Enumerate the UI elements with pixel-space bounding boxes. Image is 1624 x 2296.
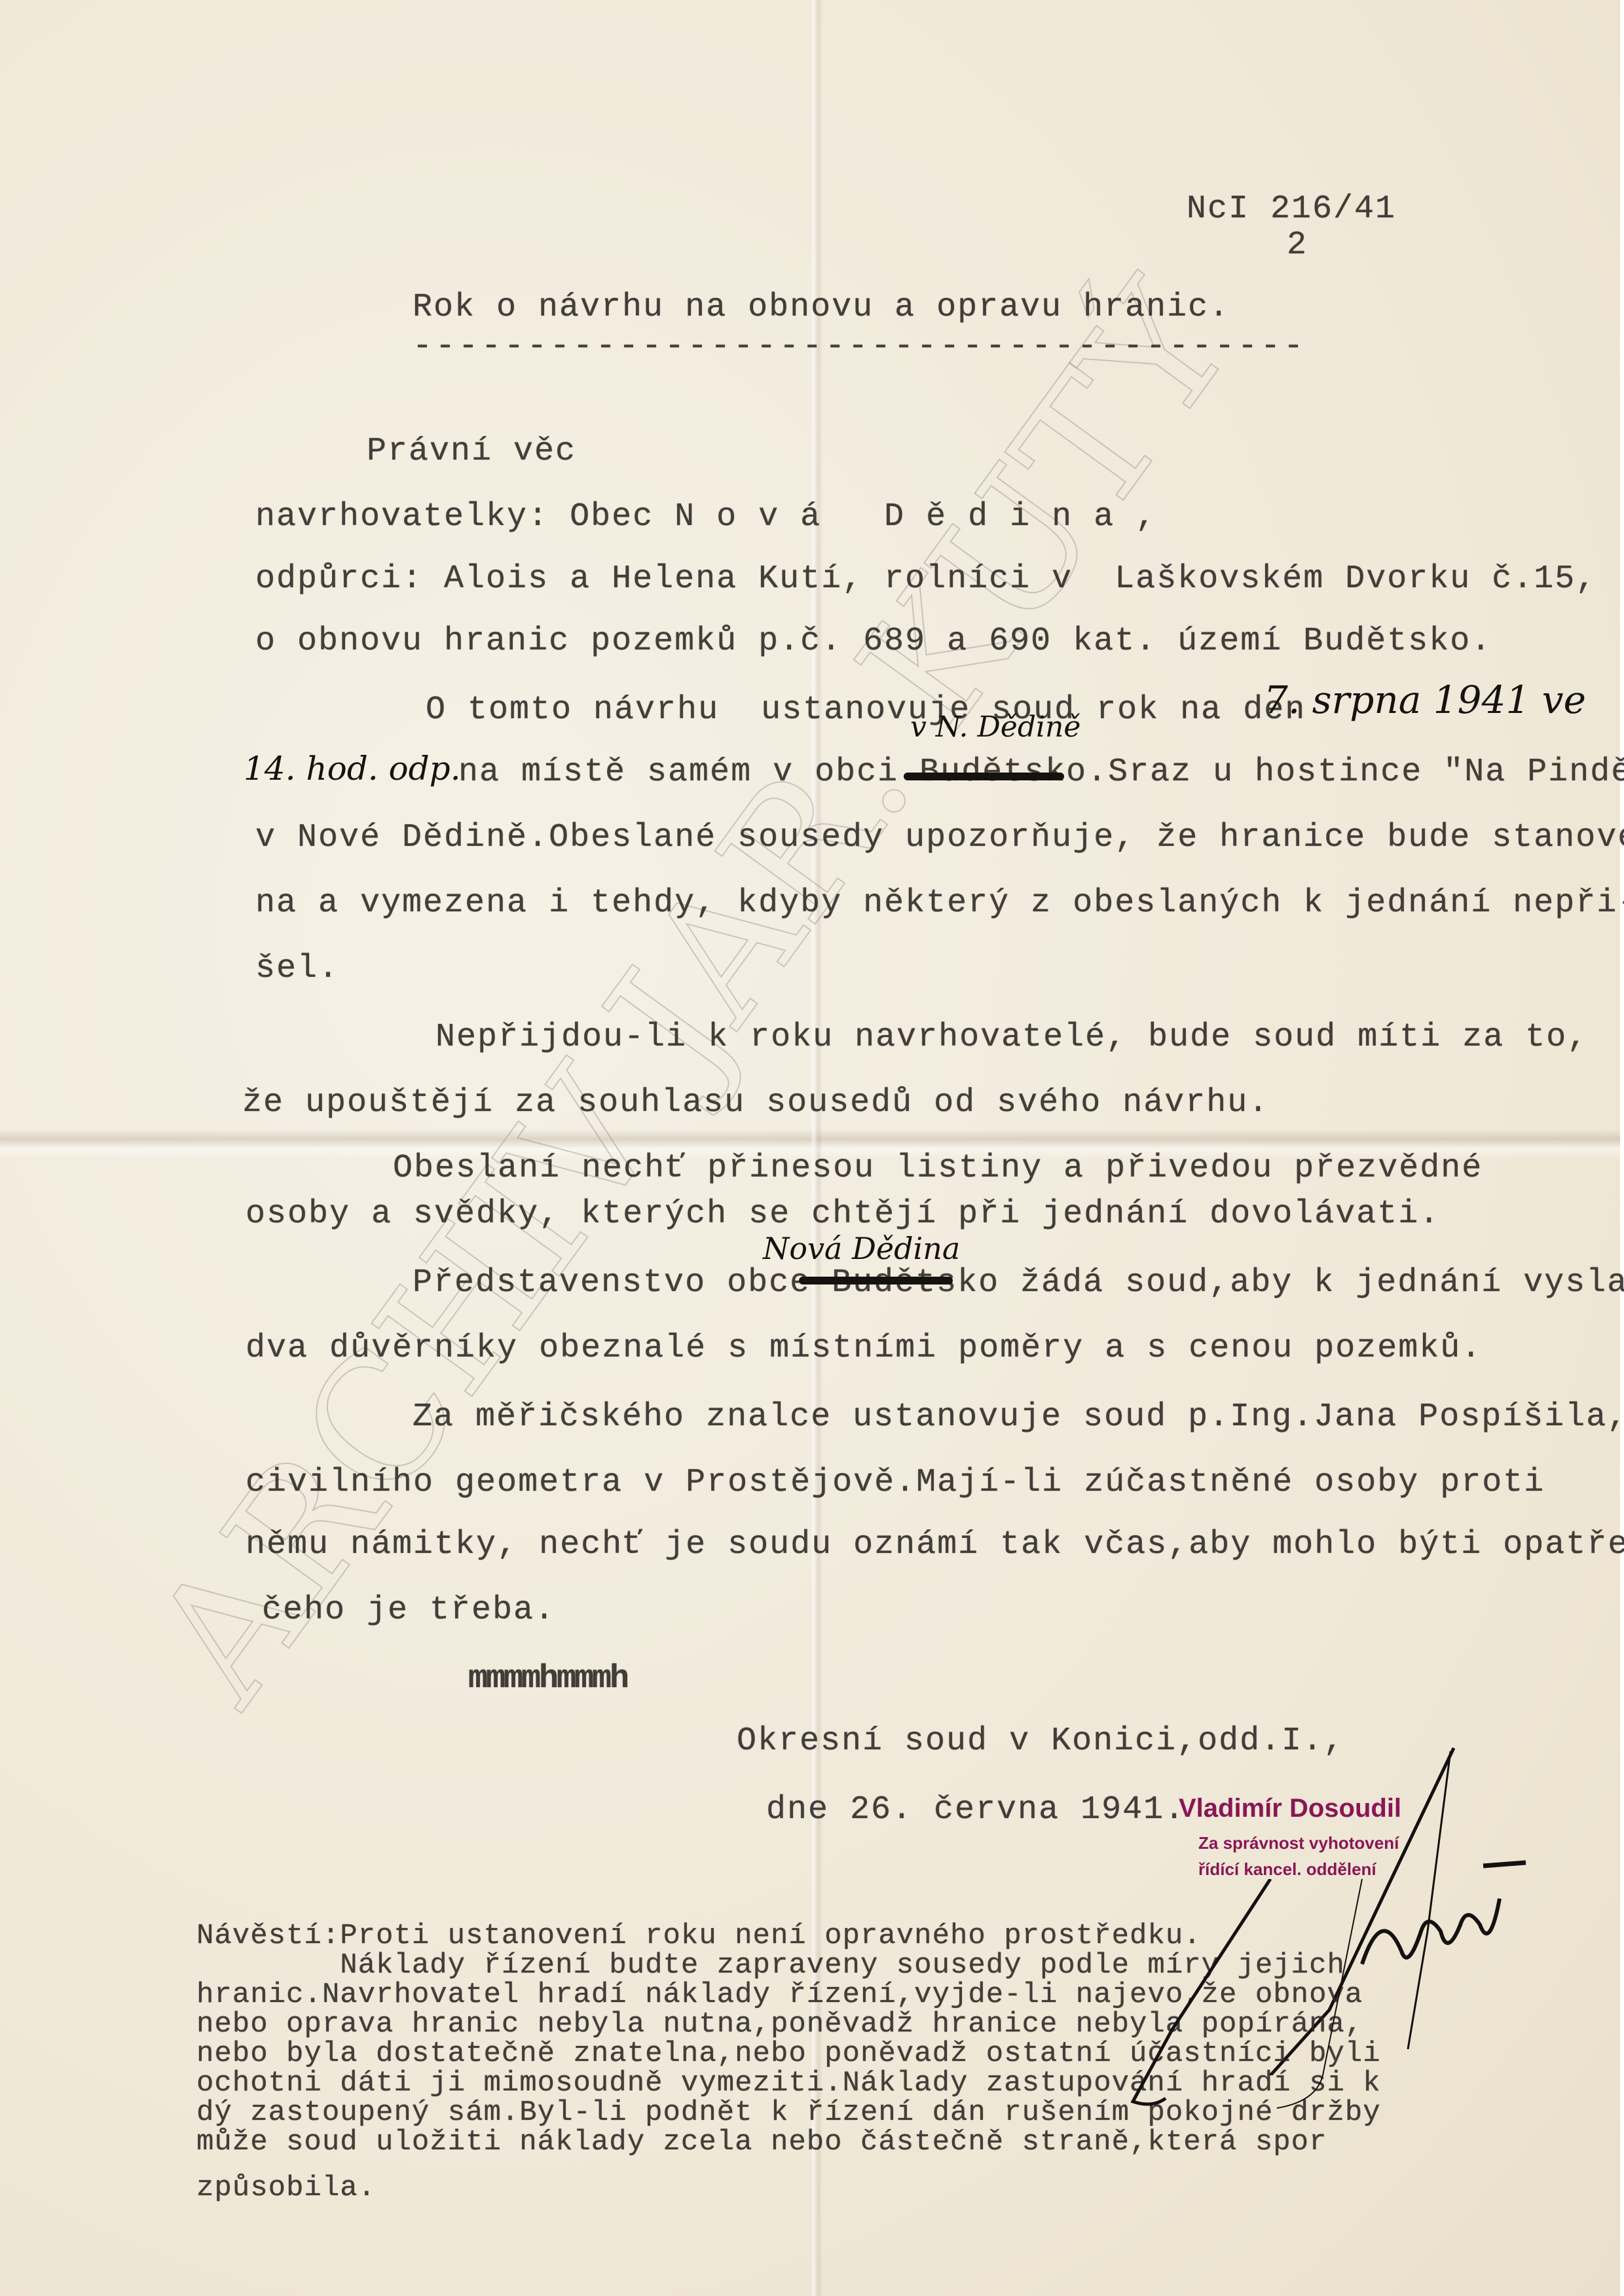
case-number: NcI 216/41 <box>1187 193 1396 226</box>
handwritten-village: Nová Dědina <box>763 1231 960 1266</box>
strikethrough-budetsko-2 <box>799 1277 953 1285</box>
page-number: 2 <box>1287 229 1308 262</box>
p3-line2: osoby a svědky, kterých se chtějí při je… <box>246 1198 1440 1231</box>
p4-line2: dva důvěrníky obeznalé s místními poměry… <box>246 1332 1482 1365</box>
p3-line1: Obeslaní nechť přinesou listiny a přived… <box>393 1152 1483 1185</box>
p4-line1: Představenstvo obce Budětsko žádá soud,a… <box>413 1267 1624 1300</box>
issue-date: dne 26. června 1941. <box>766 1794 1185 1827</box>
strikethrough-budetsko-1 <box>904 773 1064 780</box>
matter-line: o obnovu hranic pozemků p.č. 689 a 690 k… <box>255 625 1492 658</box>
handwritten-time: 14. hod. odp. <box>244 750 461 788</box>
notice-line9: způsobila. <box>196 2174 376 2202</box>
handwritten-date: 7. srpna 1941 ve <box>1264 678 1586 722</box>
struck-out-text: mmmmhmmmh <box>468 1663 627 1696</box>
p5-line1: Za měřičského znalce ustanovuje soud p.I… <box>413 1401 1624 1434</box>
title-underline: --------------------------------------- <box>413 331 1306 363</box>
respondents-line: odpůrci: Alois a Helena Kutí, rolníci v … <box>255 563 1596 596</box>
page-edge <box>1620 0 1624 2296</box>
p5-line2: civilního geometra v Prostějově.Mají-li … <box>246 1467 1545 1499</box>
p1-line3: v Nové Dědině.Obeslané sousedy upozorňuj… <box>255 822 1624 854</box>
p1-line5: šel. <box>255 953 339 985</box>
handwritten-place: v N. Dědině <box>910 710 1080 744</box>
p1-line4: na a vymezena i tehdy, kdyby některý z o… <box>255 887 1624 920</box>
p2-line1: Nepřijdou-li k roku navrhovatelé, bude s… <box>435 1021 1588 1054</box>
p5-line4: čeho je třeba. <box>262 1594 555 1627</box>
document-title: Rok o návrhu na obnovu a opravu hranic. <box>413 291 1230 324</box>
subject-label: Právní věc <box>367 435 576 468</box>
p2-line2: že upouštějí za souhlasu sousedů od svéh… <box>242 1087 1269 1120</box>
handwritten-pen-stroke <box>1022 1879 1480 2141</box>
p1-line1: O tomto návrhu ustanovuje soud rok na de… <box>426 694 1306 727</box>
p5-line3: němu námitky, nechť je soudu oznámí tak … <box>246 1529 1624 1561</box>
petitioner-line: navrhovatelky: Obec N o v á D ě d i n a … <box>255 501 1156 534</box>
